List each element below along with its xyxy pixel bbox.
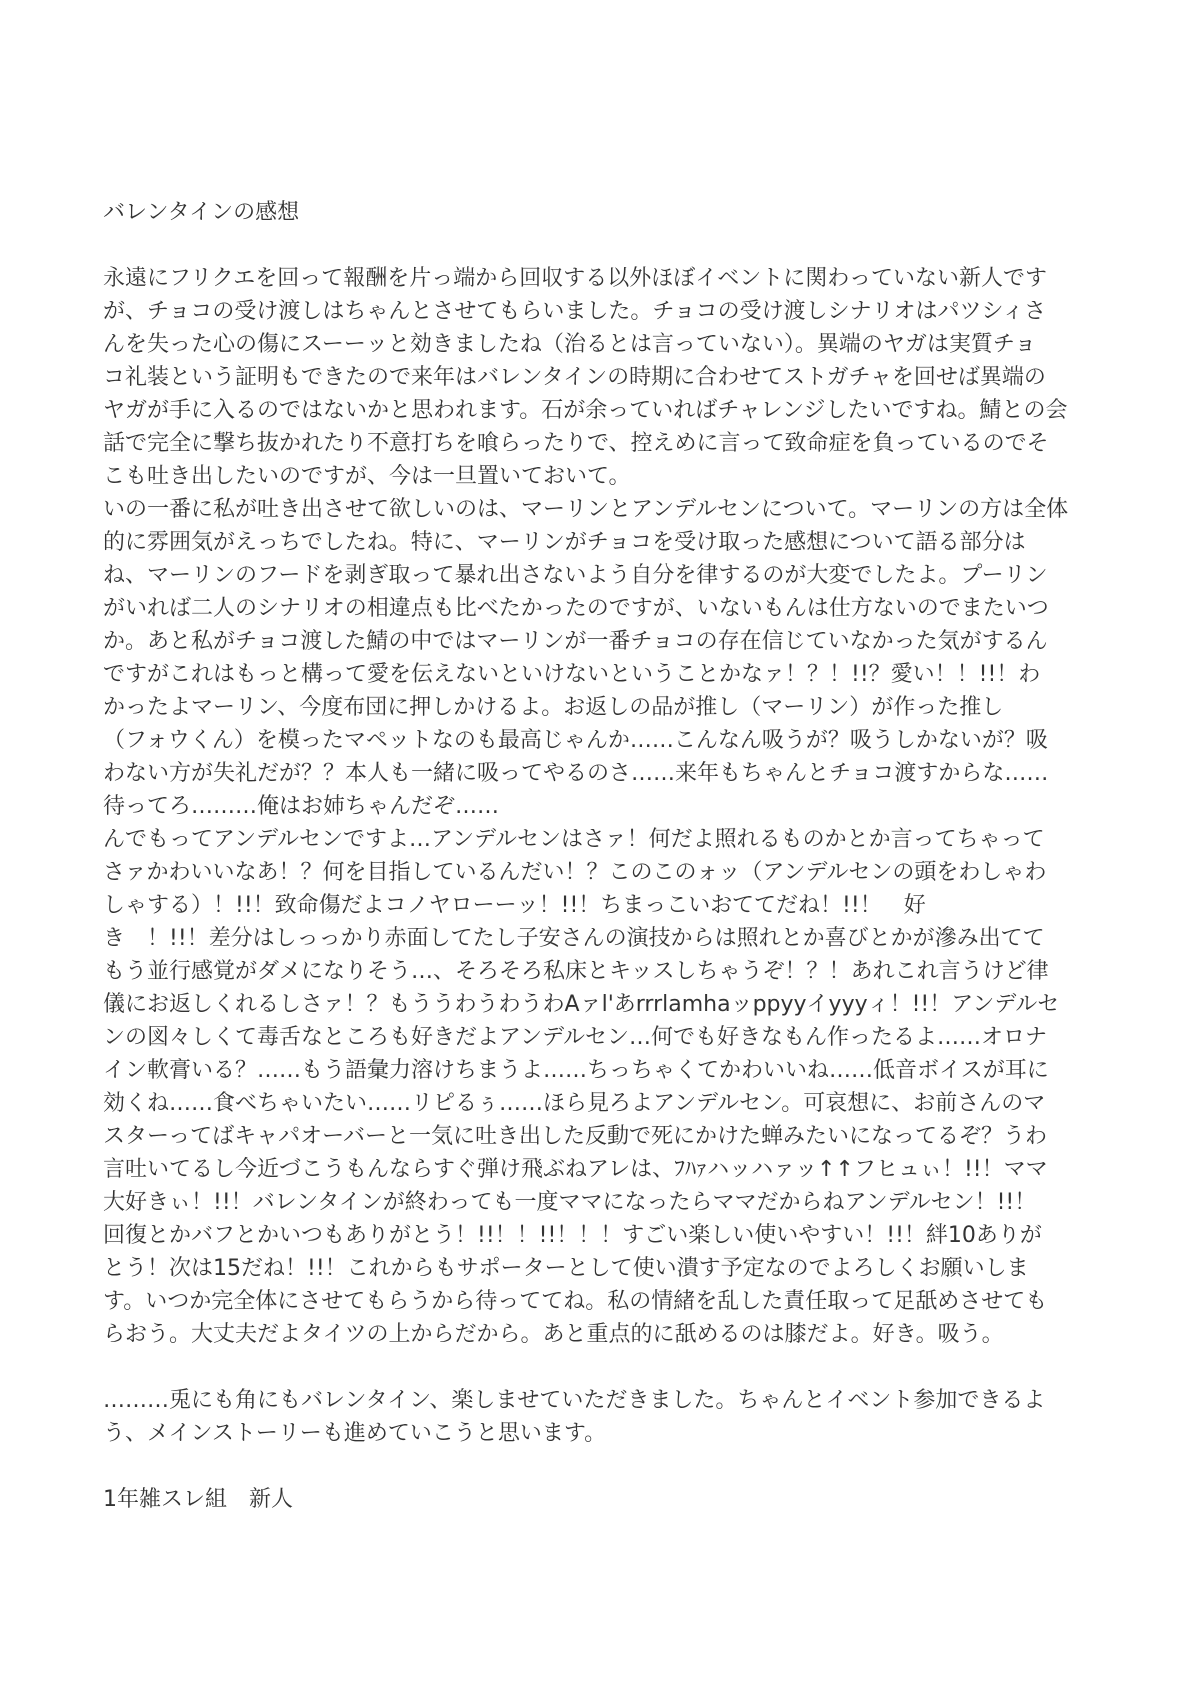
text-line: 儀にお返しくれるしさァ！？もううわうわうわAァl'あrrrlamhaッppyyイ… xyxy=(103,988,1100,1021)
text-line: か。あと私がチョコ渡した鯖の中ではマーリンが一番チョコの存在信じていなかった気が… xyxy=(103,625,1100,658)
text-line: スターってばキャパオーバーと一気に吐き出した反動で死にかけた蝉みたいになってるぞ… xyxy=(103,1120,1100,1153)
text-line: ヤガが手に入るのではないかと思われます。石が余っていればチャレンジしたいですね。… xyxy=(103,394,1100,427)
text-line: がいれば二人のシナリオの相違点も比べたかったのですが、いないもんは仕方ないのでま… xyxy=(103,592,1100,625)
closing-text: ………兎にも角にもバレンタイン、楽しませていただきました。ちゃんとイベント参加で… xyxy=(103,1384,1100,1450)
text-line: （フォウくん）を模ったマペットなのも最高じゃんか……こんなん吸うが？吸うしかない… xyxy=(103,724,1100,757)
text-line: 大好きぃ！!!！バレンタインが終わっても一度ママになったらママだからねアンデルセ… xyxy=(103,1186,1100,1219)
text-line: わない方が失礼だが？？本人も一緒に吸ってやるのさ……来年もちゃんとチョコ渡すから… xyxy=(103,757,1100,790)
text-line: かったよマーリン、今度布団に押しかけるよ。お返しの品が推し（マーリン）が作った推… xyxy=(103,691,1100,724)
text-line: しゃする）！!!！致命傷だよコノヤローーッ！!!！ちまっこいおててだね！!!！ … xyxy=(103,889,1100,922)
text-line: 話で完全に撃ち抜かれたり不意打ちを喰らったりで、控えめに言って致命症を負っている… xyxy=(103,427,1100,460)
text-line: が、チョコの受け渡しはちゃんとさせてもらいました。チョコの受け渡しシナリオはパツ… xyxy=(103,295,1100,328)
text-line: 回復とかバフとかいつもありがとう！!!！！!!！！！すごい楽しい使いやすい！!!… xyxy=(103,1219,1100,1252)
text-line: き ！!!！差分はしっっかり赤面してたし子安さんの演技からは照れとか喜びとかが滲… xyxy=(103,922,1100,955)
text-line: イン軟膏いる？……もう語彙力溶けちまうよ……ちっちゃくてかわいいね……低音ボイス… xyxy=(103,1054,1100,1087)
text-line: いの一番に私が吐き出させて欲しいのは、マーリンとアンデルセンについて。マーリンの… xyxy=(103,493,1100,526)
text-line: こも吐き出したいのですが、今は一旦置いておいて。 xyxy=(103,460,1100,493)
signature: 1年雑スレ組 新人 xyxy=(103,1483,1100,1516)
page-title: バレンタインの感想 xyxy=(103,196,1100,229)
text-line: 言吐いてるし今近づこうもんならすぐ弾け飛ぶねアレは、ﾌﾊｧハッハァッ↑↑フヒュぃ… xyxy=(103,1153,1100,1186)
text-line: ですがこれはもっと構って愛を伝えないといけないということかなァ！？！!!？愛い！… xyxy=(103,658,1100,691)
text-line: ンの図々しくて毒舌なところも好きだよアンデルセン…何でも好きなもん作ったるよ……… xyxy=(103,1021,1100,1054)
text-line: んを失った心の傷にスーーッと効きましたね（治るとは言っていない）。異端のヤガは実… xyxy=(103,328,1100,361)
text-line: 永遠にフリクエを回って報酬を片っ端から回収する以外ほぼイベントに関わっていない新… xyxy=(103,262,1100,295)
text-line: もう並行感覚がダメになりそう…、そろそろ私床とキッスしちゃうぞ！？！あれこれ言う… xyxy=(103,955,1100,988)
document-page: バレンタインの感想 永遠にフリクエを回って報酬を片っ端から回収する以外ほぼイベン… xyxy=(0,0,1190,1683)
text-line: さァかわいいなあ！？何を目指しているんだい！？このこのォッ（アンデルセンの頭をわ… xyxy=(103,856,1100,889)
text-line: んでもってアンデルセンですよ…アンデルセンはさァ！何だよ照れるものかとか言ってち… xyxy=(103,823,1100,856)
text-line: す。いつか完全体にさせてもらうから待っててね。私の情緒を乱した責任取って足舐めさ… xyxy=(103,1285,1100,1318)
text-line: らおう。大丈夫だよタイツの上からだから。あと重点的に舐めるのは膝だよ。好き。吸う… xyxy=(103,1318,1100,1351)
text-line: 待ってろ………俺はお姉ちゃんだぞ…… xyxy=(103,790,1100,823)
text-line: う、メインストーリーも進めていこうと思います。 xyxy=(103,1417,1100,1450)
body-text: 永遠にフリクエを回って報酬を片っ端から回収する以外ほぼイベントに関わっていない新… xyxy=(103,262,1100,1351)
text-line: ………兎にも角にもバレンタイン、楽しませていただきました。ちゃんとイベント参加で… xyxy=(103,1384,1100,1417)
text-line: 的に雰囲気がえっちでしたね。特に、マーリンがチョコを受け取った感想について語る部… xyxy=(103,526,1100,559)
text-line: コ礼装という証明もできたので来年はバレンタインの時期に合わせてストガチャを回せば… xyxy=(103,361,1100,394)
text-line: とう！次は15だね！!!！これからもサポーターとして使い潰す予定なのでよろしくお… xyxy=(103,1252,1100,1285)
text-line: ね、マーリンのフードを剥ぎ取って暴れ出さないよう自分を律するのが大変でしたよ。プ… xyxy=(103,559,1100,592)
text-line: 効くね……食べちゃいたい……リピるぅ……ほら見ろよアンデルセン。可哀想に、お前さ… xyxy=(103,1087,1100,1120)
